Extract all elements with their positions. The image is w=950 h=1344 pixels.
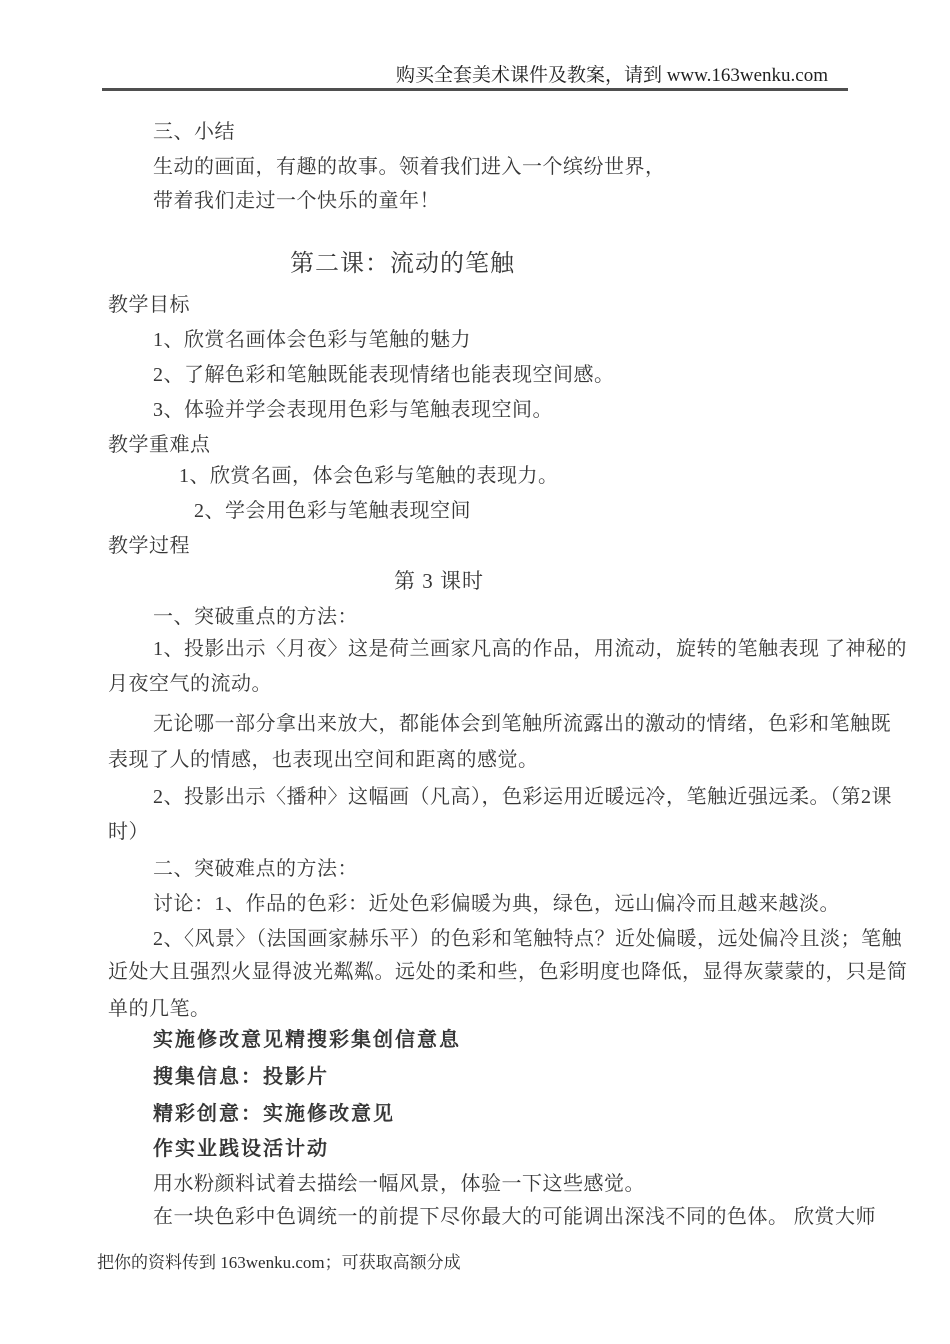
- paragraph-line: 表现了人的情感，也表现出空间和距离的感觉。: [108, 748, 539, 772]
- paragraph-line: 时）: [108, 820, 149, 844]
- paragraph-line: 带着我们走过一个快乐的童年！: [153, 189, 440, 213]
- section-heading-method1: 一、突破重点的方法：: [153, 605, 358, 629]
- header-note: 购买全套美术课件及教案，请到 www.163wenku.com: [396, 60, 828, 87]
- list-item-goal: 3、体验并学会表现用色彩与笔触表现空间。: [153, 398, 553, 422]
- emphasis-line: 搜集信息：投影片: [153, 1065, 329, 1089]
- paragraph-line: 生动的画面，有趣的故事。领着我们进入一个缤纷世界，: [153, 155, 666, 179]
- header-rule: [102, 88, 848, 91]
- paragraph-line: 在一块色彩中色调统一的前提下尽你最大的可能调出深浅不同的色体。 欣赏大师: [153, 1205, 876, 1229]
- paragraph-line: 单的几笔。: [108, 997, 211, 1021]
- paragraph-line: 近处大且强烈火显得波光粼粼。远处的柔和些，色彩明度也降低，显得灰蒙蒙的，只是简: [108, 960, 908, 984]
- lesson-title: 第二课：流动的笔触: [290, 252, 515, 276]
- paragraph-line: 月夜空气的流动。: [108, 672, 272, 696]
- session-heading: 第 3 课时: [394, 569, 484, 593]
- list-item-difficulty: 1、欣赏名画，体会色彩与笔触的表现力。: [179, 464, 559, 488]
- list-item-difficulty: 2、学会用色彩与笔触表现空间: [194, 499, 471, 523]
- paragraph-line: 无论哪一部分拿出来放大，都能体会到笔触所流露出的激动的情绪，色彩和笔触既: [153, 712, 891, 736]
- list-item-goal: 2、了解色彩和笔触既能表现情绪也能表现空间感。: [153, 363, 615, 387]
- heading-teaching-goals: 教学目标: [108, 293, 190, 317]
- paragraph-line: 2、投影出示〈播种〉这幅画（凡高），色彩运用近暖远冷，笔触近强远柔。（第2课: [153, 785, 892, 809]
- document-page: 购买全套美术课件及教案，请到 www.163wenku.com 三、小结 生动的…: [0, 0, 950, 1344]
- footer-note: 把你的资料传到 163wenku.com；可获取高额分成: [97, 1248, 461, 1273]
- emphasis-line: 实施修改意见精搜彩集创信意息: [153, 1028, 461, 1052]
- paragraph-line: 用水粉颜料试着去描绘一幅风景，体验一下这些感觉。: [153, 1172, 645, 1196]
- list-item-goal: 1、欣赏名画体会色彩与笔触的魅力: [153, 328, 471, 352]
- section-heading-method2: 二、突破难点的方法：: [153, 857, 358, 881]
- section-heading-summary: 三、小结: [153, 120, 235, 144]
- heading-key-difficulties: 教学重难点: [108, 433, 211, 457]
- paragraph-line: 2、〈风景〉（法国画家赫乐平）的色彩和笔触特点？近处偏暖，远处偏冷且淡；笔触: [153, 927, 902, 951]
- paragraph-line: 讨论：1、作品的色彩：近处色彩偏暖为典，绿色，远山偏冷而且越来越淡。: [153, 892, 840, 916]
- emphasis-line: 作实业践设活计动: [153, 1137, 329, 1161]
- heading-teaching-process: 教学过程: [108, 534, 190, 558]
- paragraph-line: 1、投影出示〈月夜〉这是荷兰画家凡高的作品，用流动，旋转的笔触表现 了神秘的: [153, 637, 907, 661]
- emphasis-line: 精彩创意：实施修改意见: [153, 1102, 395, 1126]
